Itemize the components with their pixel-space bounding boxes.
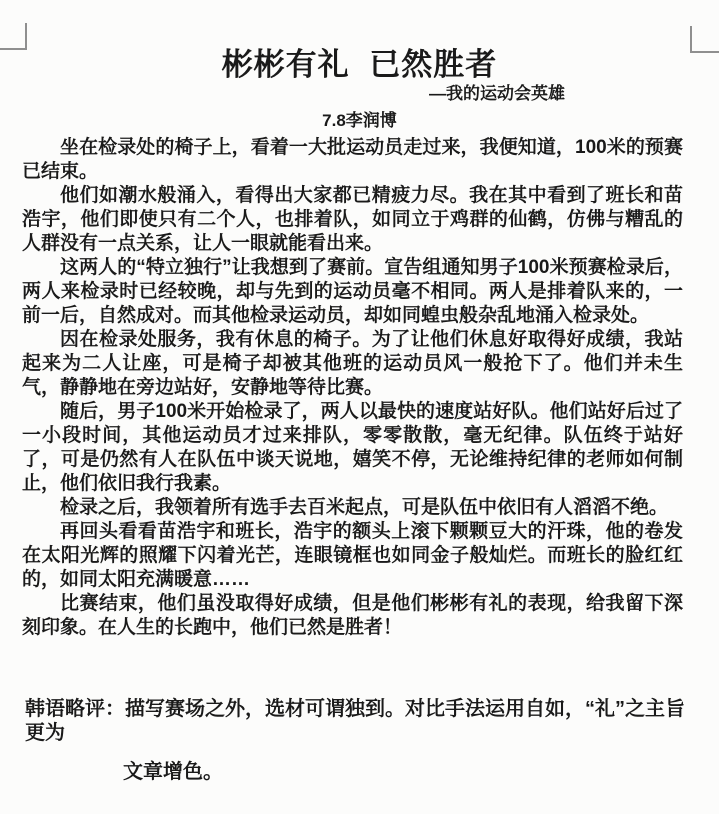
teacher-comment: 韩语略评：描写赛场之外，选材可谓独到。对比手法运用自如，“礼”之主旨更为 文章增…: [25, 697, 699, 784]
document-page: 彬彬有礼 已然胜者 —我的运动会英雄 7.8李润博 坐在检录处的椅子上，看着一大…: [0, 0, 719, 814]
essay-paragraph: 这两人的“特立独行”让我想到了赛前。宣告组通知男子100米预赛检录后，两人来检录…: [22, 256, 683, 328]
essay-paragraph: 检录之后，我领着所有选手去百米起点，可是队伍中依旧有人滔滔不绝。: [22, 496, 683, 520]
essay-subtitle: —我的运动会英雄: [0, 84, 719, 103]
margin-corner-mark-top-right: [690, 26, 719, 53]
essay-paragraph: 随后，男子100米开始检录了，两人以最快的速度站好队。他们站好后过了一小段时间，…: [22, 400, 683, 496]
teacher-comment-line: 韩语略评：描写赛场之外，选材可谓独到。对比手法运用自如，“礼”之主旨更为: [25, 697, 699, 745]
essay-paragraph: 坐在检录处的椅子上，看着一大批运动员走过来，我便知道，100米的预赛已结束。: [22, 136, 683, 184]
essay-byline: 7.8李润博: [0, 111, 719, 130]
essay-paragraph: 比赛结束，他们虽没取得好成绩，但是他们彬彬有礼的表现，给我留下深刻印象。在人生的…: [22, 592, 683, 640]
margin-corner-mark-top-left: [0, 23, 27, 50]
essay-paragraph: 他们如潮水般涌入，看得出大家都已精疲力尽。我在其中看到了班长和苗浩宇，他们即使只…: [22, 184, 683, 256]
essay-title: 彬彬有礼 已然胜者: [0, 0, 719, 84]
teacher-comment-label: 韩语略评：: [25, 698, 125, 720]
teacher-comment-line: 文章增色。: [123, 760, 699, 784]
essay-paragraph: 因在检录处服务，我有休息的椅子。为了让他们休息好取得好成绩，我站起来为二人让座，…: [22, 328, 683, 400]
essay-paragraph: 再回头看看苗浩宇和班长，浩宇的额头上滚下颗颗豆大的汗珠，他的卷发在太阳光辉的照耀…: [22, 520, 683, 592]
essay-body: 坐在检录处的椅子上，看着一大批运动员走过来，我便知道，100米的预赛已结束。 他…: [22, 136, 683, 640]
